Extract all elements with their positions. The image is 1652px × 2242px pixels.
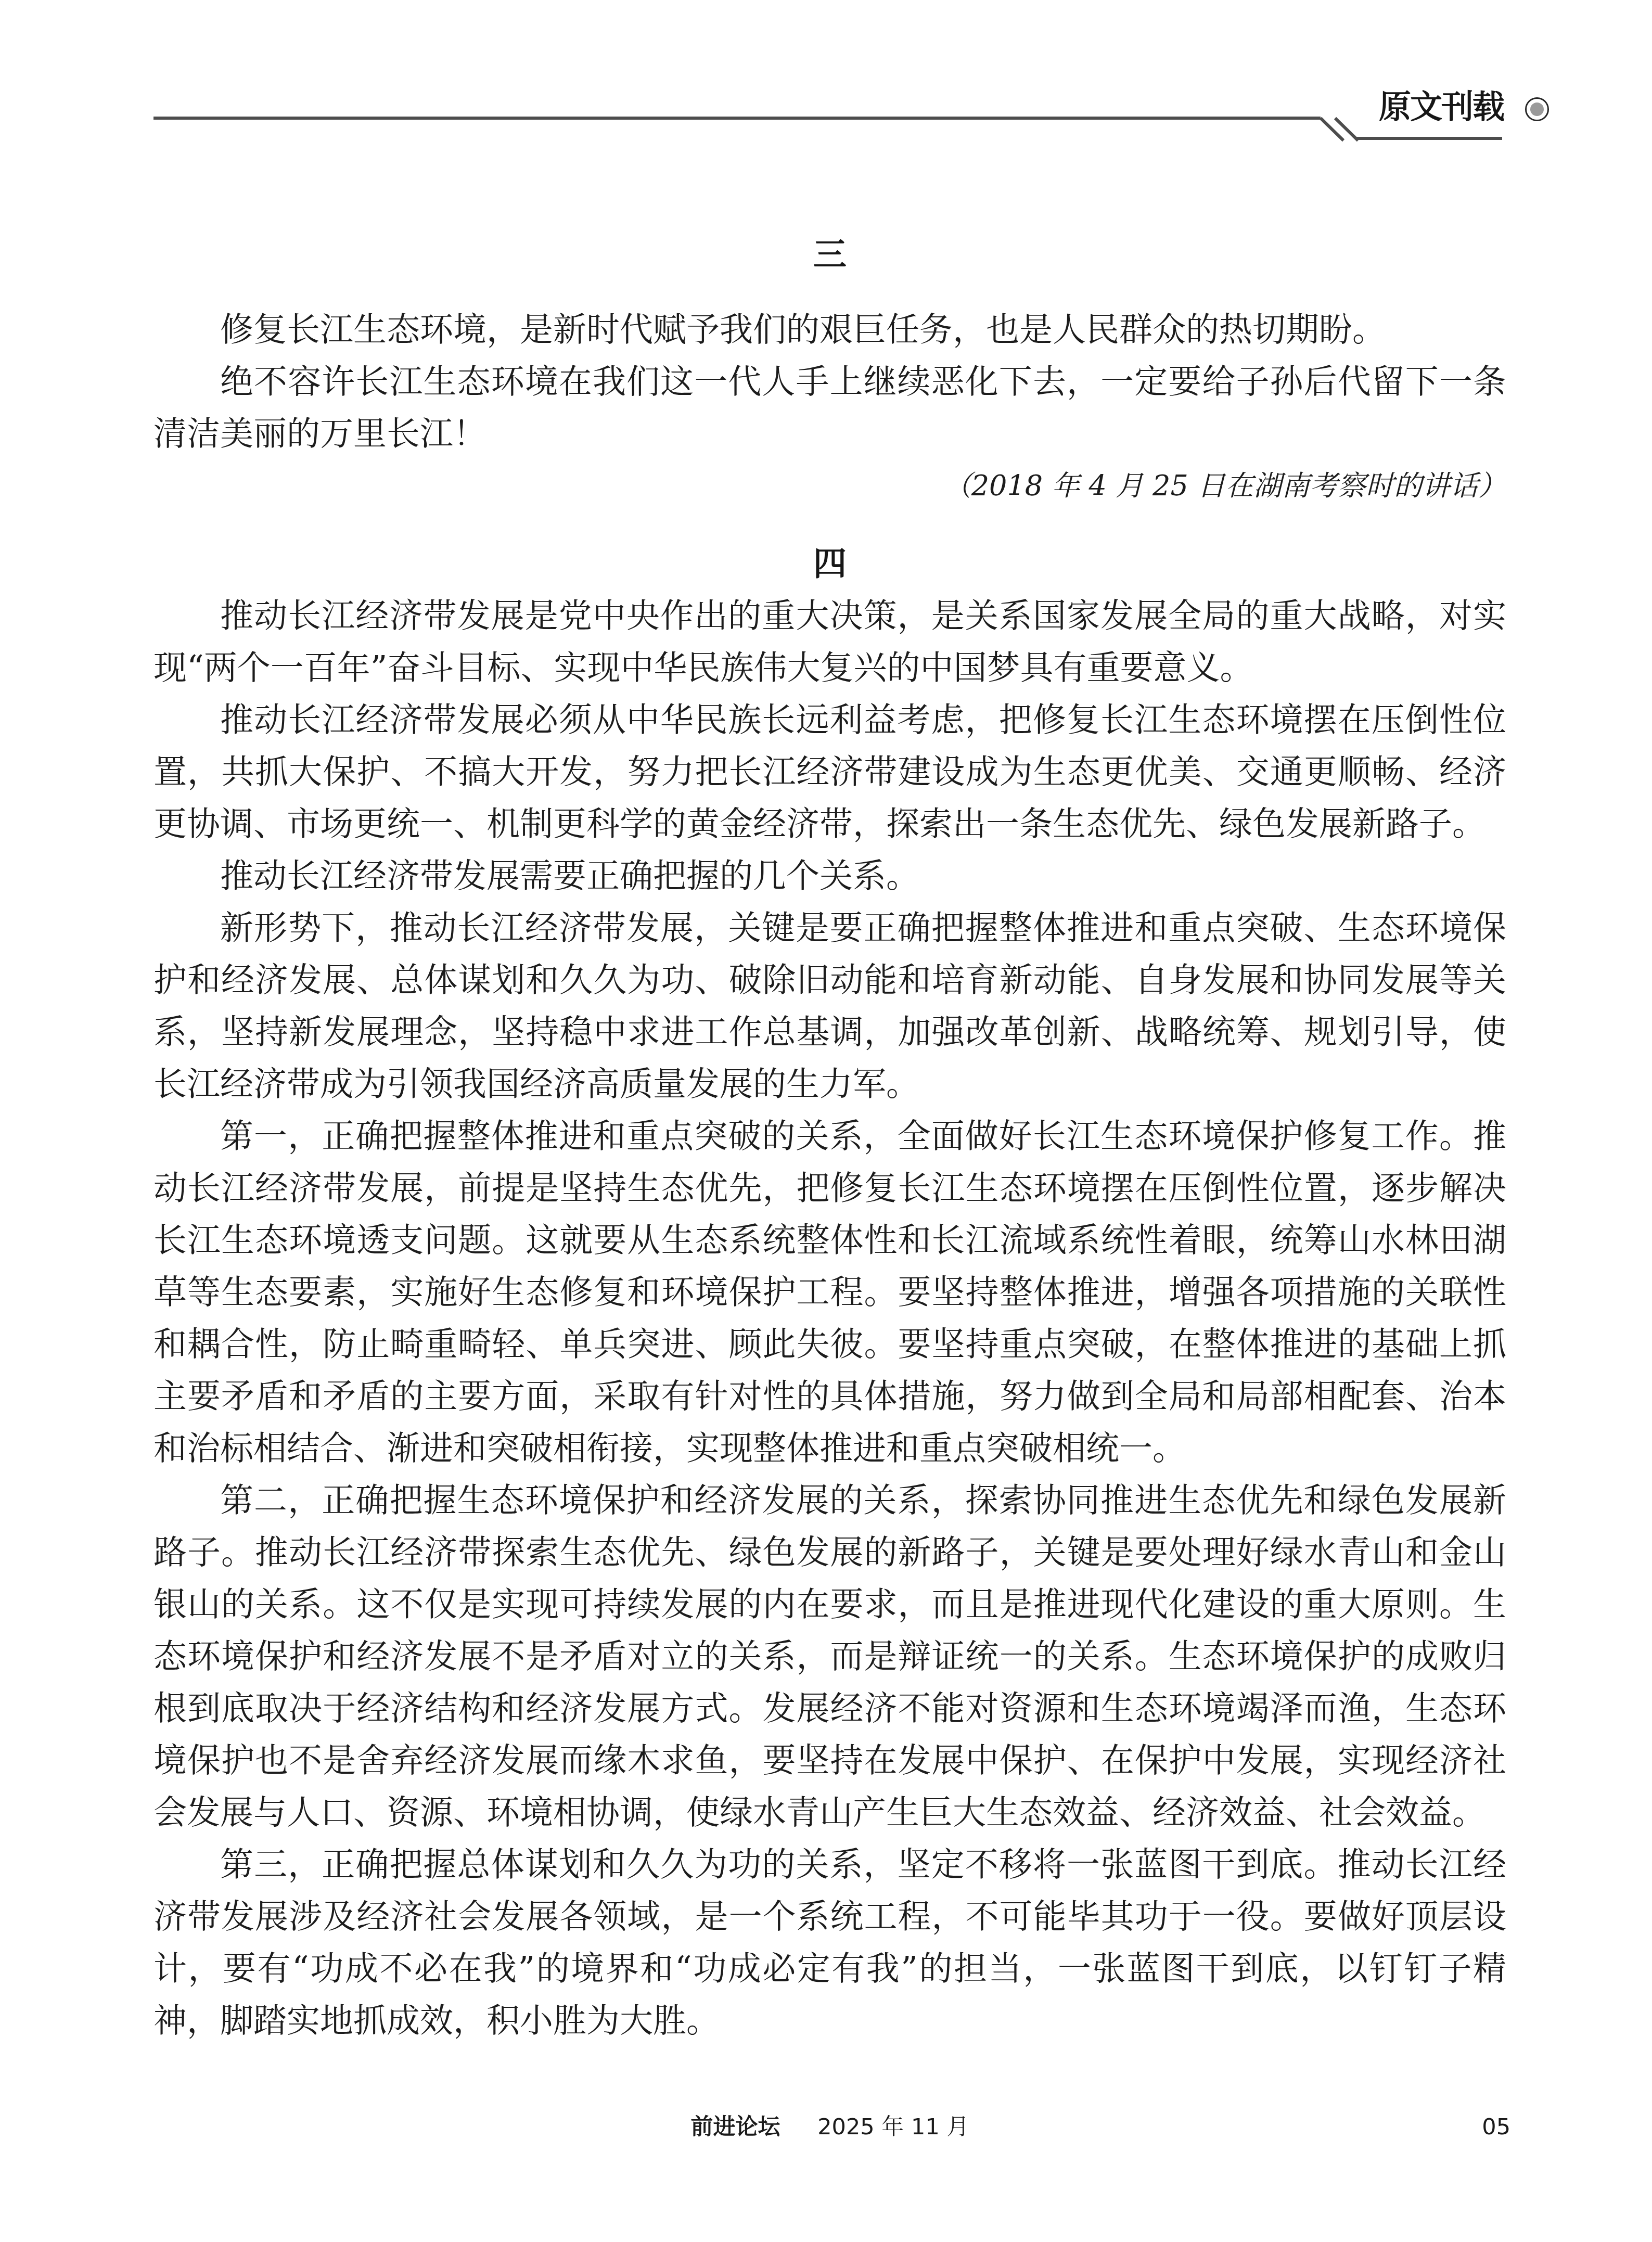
section-heading-four: 四	[153, 538, 1506, 590]
section-heading-three: 三	[153, 229, 1506, 281]
ring-dot-icon	[1525, 97, 1549, 121]
paragraph: 推动长江经济带发展需要正确把握的几个关系。	[153, 850, 1506, 902]
article-body: 三 修复长江生态环境，是新时代赋予我们的艰巨任务，也是人民群众的热切期盼。 绝不…	[153, 0, 1506, 2047]
paragraph: 绝不容许长江生态环境在我们这一代人手上继续恶化下去，一定要给子孙后代留下一条清洁…	[153, 356, 1506, 460]
paragraph: 修复长江生态环境，是新时代赋予我们的艰巨任务，也是人民群众的热切期盼。	[153, 304, 1506, 356]
paragraph: 新形势下，推动长江经济带发展，关键是要正确把握整体推进和重点突破、生态环境保护和…	[153, 902, 1506, 1110]
magazine-page: 原文刊载 三 修复长江生态环境，是新时代赋予我们的艰巨任务，也是人民群众的热切期…	[0, 0, 1652, 2242]
footer-issue: 2025 年 11 月	[817, 2114, 969, 2140]
footer-page-number: 05	[1482, 2111, 1510, 2143]
paragraph: 第二，正确把握生态环境保护和经济发展的关系，探索协同推进生态优先和绿色发展新路子…	[153, 1475, 1506, 1839]
paragraph: 第三，正确把握总体谋划和久久为功的关系，坚定不移将一张蓝图干到底。推动长江经济带…	[153, 1839, 1506, 2047]
page-footer: 前进论坛 2025 年 11 月	[153, 2111, 1506, 2143]
footer-journal: 前进论坛	[691, 2114, 780, 2140]
paragraph: 推动长江经济带发展是党中央作出的重大决策，是关系国家发展全局的重大战略，对实现“…	[153, 590, 1506, 694]
attribution: （2018 年 4 月 25 日在湖南考察时的讲话）	[153, 460, 1506, 512]
paragraph: 推动长江经济带发展必须从中华民族长远利益考虑，把修复长江生态环境摆在压倒性位置，…	[153, 694, 1506, 850]
paragraph: 第一，正确把握整体推进和重点突破的关系，全面做好长江生态环境保护修复工作。推动长…	[153, 1110, 1506, 1475]
ring-dot-inner	[1530, 103, 1544, 116]
